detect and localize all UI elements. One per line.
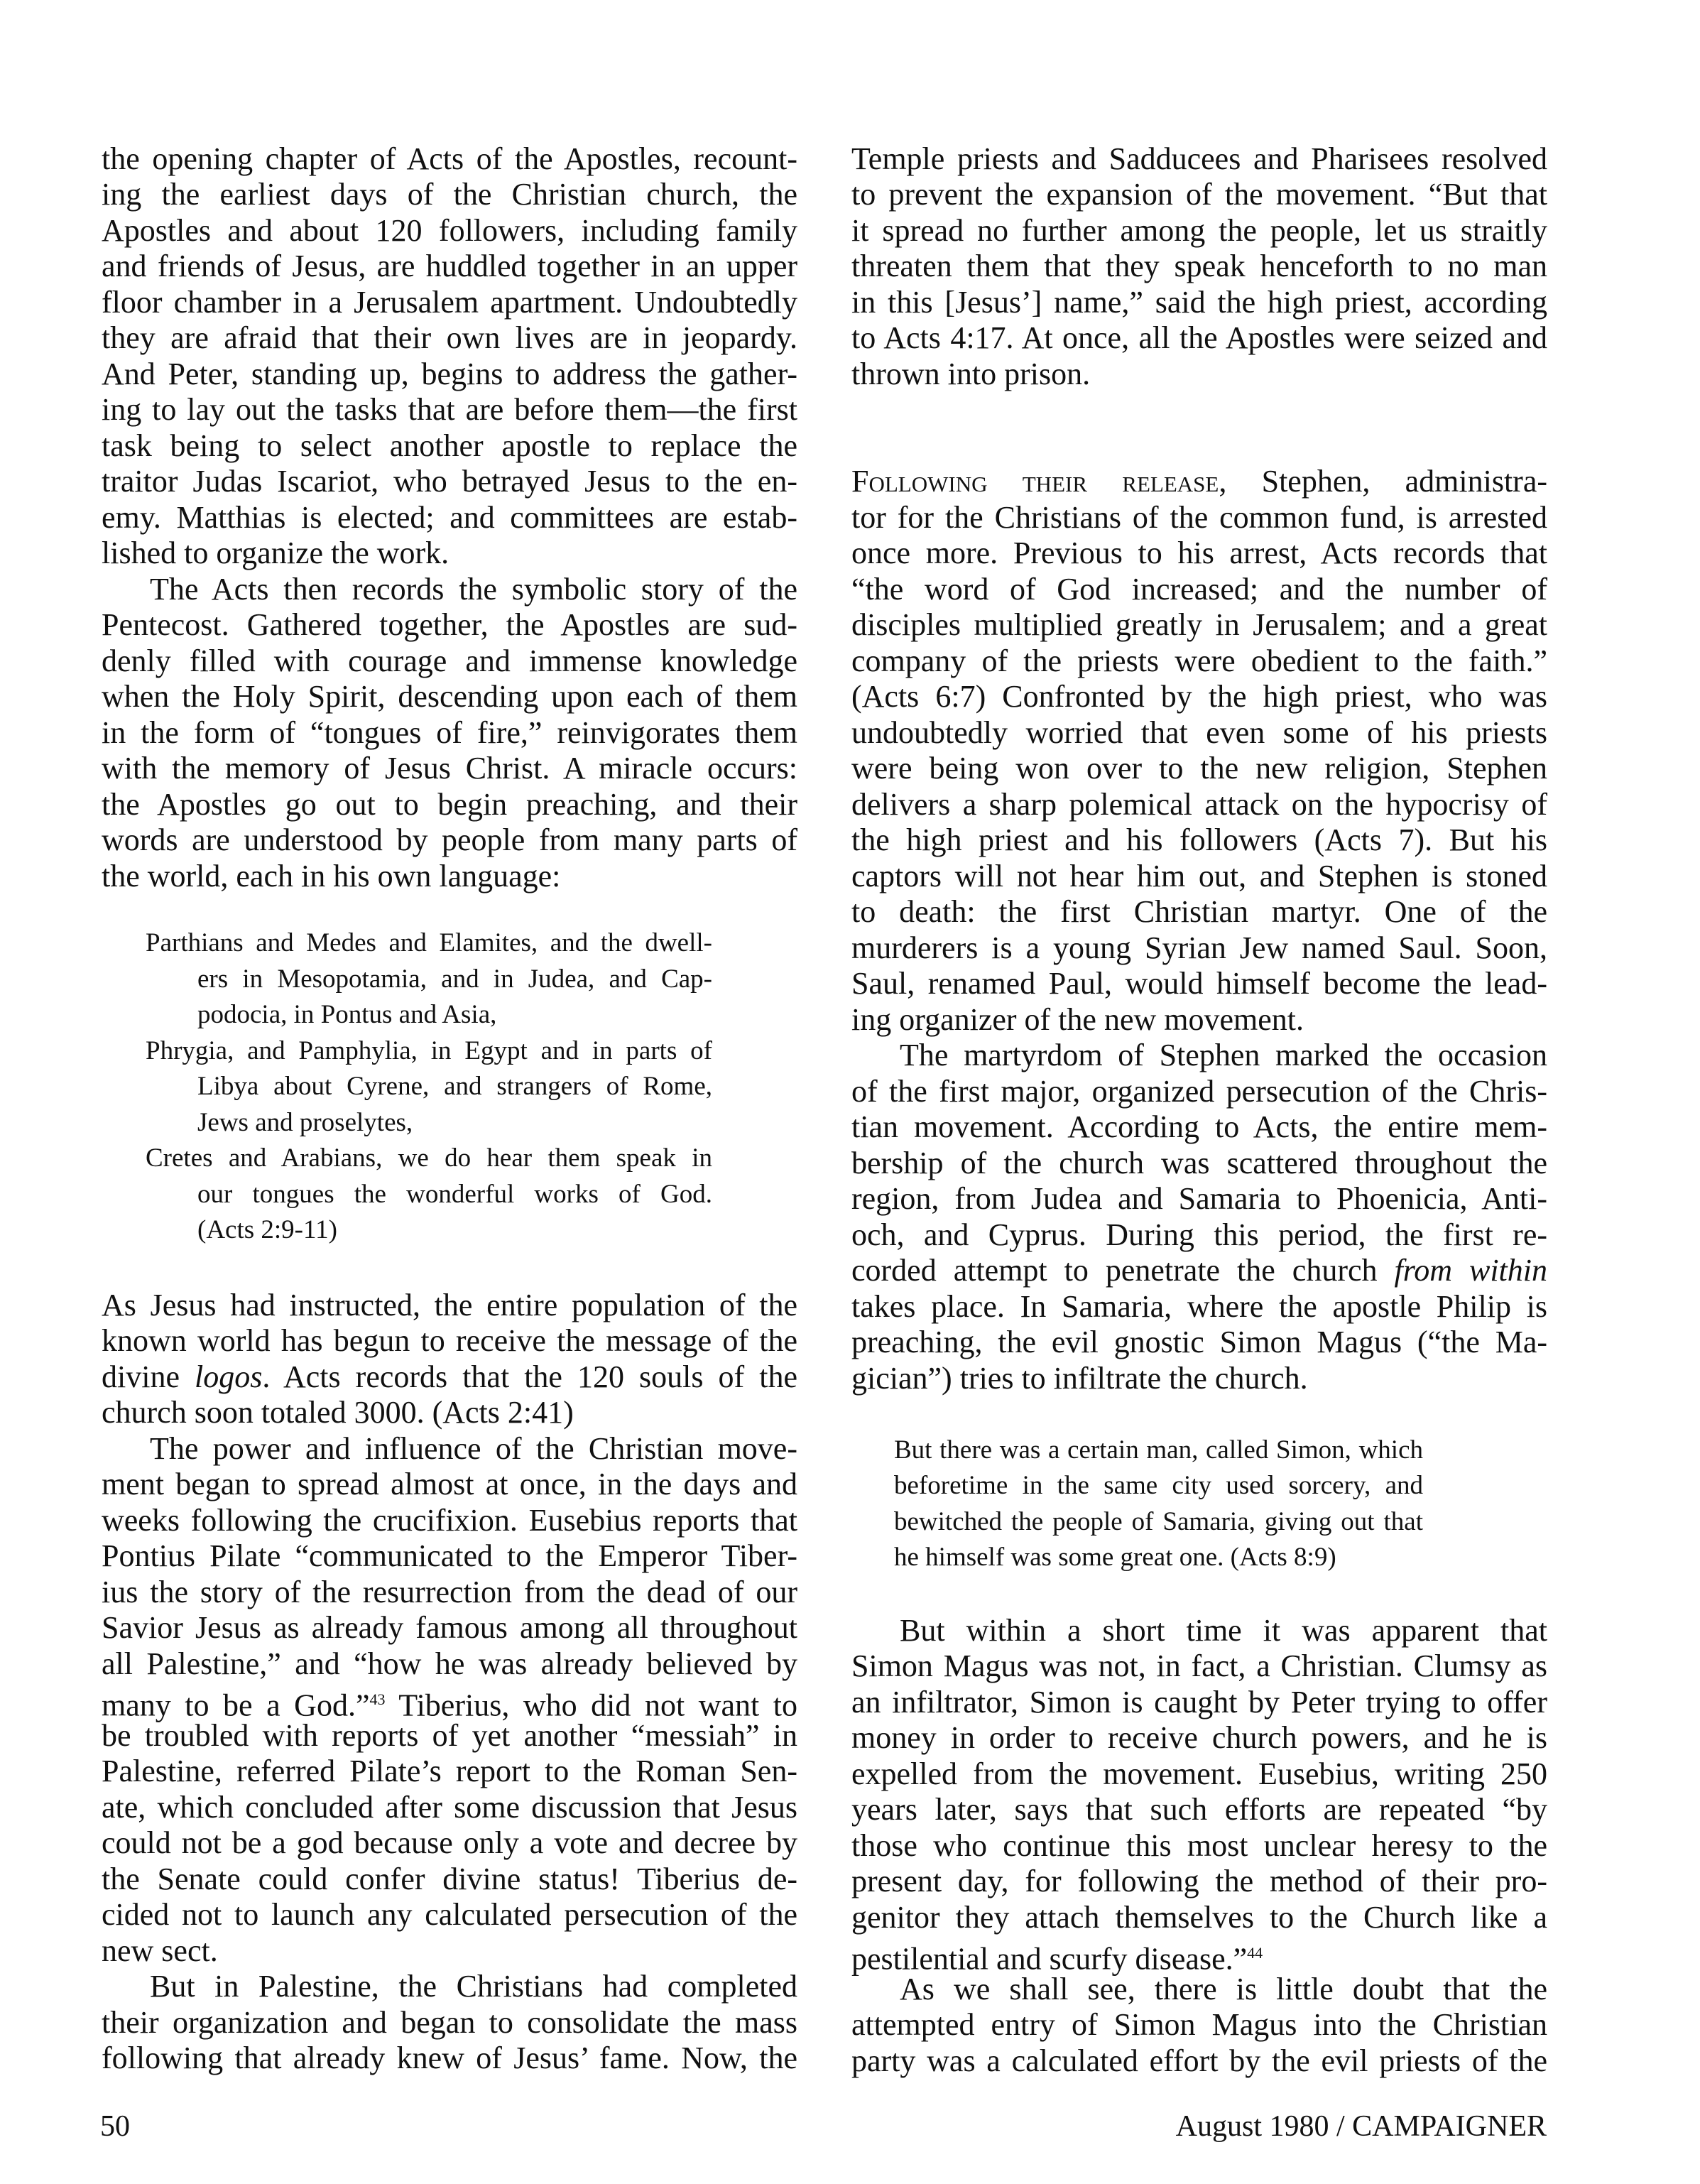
body-line: Apostles and about 120 followers, includ… [102,212,797,249]
line-text: Palestine, referred Pilate’s report to t… [102,1754,797,1788]
line-text: Jews and proselytes, [197,1108,413,1137]
line-text: Cretes and Arabians, we do hear them spe… [146,1143,712,1173]
block-quote-line: (Acts 2:9-11) [102,1212,712,1249]
body-line: ment began to spread almost at once, in … [102,1466,797,1503]
body-line: Savior Jesus as already famous among all… [102,1609,797,1646]
body-line: The Acts then records the symbolic story… [102,571,797,608]
line-text: Temple priests and Sadducees and Pharise… [851,141,1547,176]
line-text: But there was a certain man, called Simo… [894,1435,1423,1465]
body-line: their organization and began to consolid… [102,2004,797,2041]
body-line: murderers is a young Syrian Jew named Sa… [851,930,1547,967]
body-line: ing organizer of the new movement. [851,1001,1547,1038]
line-text: of the first major, organized persecutio… [851,1074,1547,1109]
line-text: traitor Judas Iscariot, who betrayed Jes… [102,464,797,499]
line-text: new sect. [102,1933,218,1968]
block-quote-line: beforetime in the same city used sorcery… [851,1467,1423,1504]
line-text: those who continue this most unclear her… [851,1828,1547,1863]
line-text: denly filled with courage and immense kn… [102,643,797,678]
body-line: delivers a sharp polemical attack on the… [851,786,1547,823]
italic-text: from within [1395,1253,1548,1288]
body-line: preaching, the evil gnostic Simon Magus … [851,1324,1547,1361]
line-text: to Acts 4:17. At once, all the Apostles … [851,320,1547,355]
line-text: words are understood by people from many… [102,822,797,857]
body-line: company of the priests were obedient to … [851,643,1547,680]
body-line: weeks following the crucifixion. Eusebiu… [102,1502,797,1539]
line-text: Pentecost. Gathered together, the Apostl… [102,607,797,642]
footnote-ref: 43 [370,1690,386,1708]
body-line: threaten them that they speak henceforth… [851,248,1547,285]
body-line: Temple priests and Sadducees and Pharise… [851,141,1547,178]
line-text: floor chamber in a Jerusalem apartment. … [102,285,797,320]
line-text: podocia, in Pontus and Asia, [197,1000,496,1029]
body-line: tor for the Christians of the common fun… [851,499,1547,536]
line-text: their organization and began to consolid… [102,2005,797,2040]
line-text: ius the story of the resurrection from t… [102,1575,797,1609]
body-line: Following their release, Stephen, admini… [851,463,1547,500]
line-text: ing the earliest days of the Christian c… [102,177,797,212]
body-line: gician”) tries to infiltrate the church. [851,1360,1547,1397]
line-text: genitor they attach themselves to the Ch… [851,1900,1547,1935]
body-line: undoubtedly worried that even some of hi… [851,715,1547,751]
line-text: money in order to receive church powers,… [851,1720,1547,1755]
body-line: takes place. In Samaria, where the apost… [851,1288,1547,1325]
body-line: new sect. [102,1933,797,1970]
line-text: attempted entry of Simon Magus into the … [851,2007,1547,2042]
body-line: As Jesus had instructed, the entire popu… [102,1287,797,1324]
line-text: be troubled with reports of yet another … [102,1718,797,1753]
body-line: could not be a god because only a vote a… [102,1825,797,1862]
body-line: the world, each in his own language: [102,858,797,895]
body-line: party was a calculated effort by the evi… [851,2043,1547,2080]
block-quote-line: he himself was some great one. (Acts 8:9… [851,1539,1423,1576]
body-line: and friends of Jesus, are huddled togeth… [102,248,797,285]
block-quote-line: Phrygia, and Pamphylia, in Egypt and in … [102,1033,712,1070]
line-text: the high priest and his followers (Acts … [851,822,1547,857]
body-line: an infiltrator, Simon is caught by Peter… [851,1684,1547,1721]
line-text: beforetime in the same city used sorcery… [894,1471,1423,1500]
line-text: ers in Mesopotamia, and in Judea, and Ca… [197,965,712,994]
body-line: ius the story of the resurrection from t… [102,1574,797,1611]
body-line: region, from Judea and Samaria to Phoeni… [851,1180,1547,1217]
line-text: bewitched the people of Samaria, giving … [894,1507,1423,1536]
line-text: cided not to launch any calculated perse… [102,1897,797,1932]
block-quote-line: But there was a certain man, called Simo… [851,1432,1423,1469]
body-line: ate, which concluded after some discussi… [102,1789,797,1826]
body-line: emy. Matthias is elected; and committees… [102,499,797,536]
line-text: the opening chapter of Acts of the Apost… [102,141,797,176]
line-text: (Acts 6:7) Confronted by the high priest… [851,679,1547,714]
line-text: takes place. In Samaria, where the apost… [851,1289,1547,1324]
line-text: emy. Matthias is elected; and committees… [102,500,797,535]
body-line: genitor they attach themselves to the Ch… [851,1899,1547,1936]
body-line: traitor Judas Iscariot, who betrayed Jes… [102,463,797,500]
body-line: when the Holy Spirit, descending upon ea… [102,678,797,715]
line-text: he himself was some great one. (Acts 8:9… [894,1543,1336,1572]
body-line: the Apostles go out to begin preaching, … [102,786,797,823]
line-text: threaten them that they speak henceforth… [851,249,1547,283]
body-line: task being to select another apostle to … [102,428,797,464]
body-line: As we shall see, there is little doubt t… [851,1971,1547,2008]
line-text: and friends of Jesus, are huddled togeth… [102,249,797,283]
body-line: were being won over to the new religion,… [851,750,1547,787]
line-text: party was a calculated effort by the evi… [851,2043,1547,2078]
line-text: ing organizer of the new movement. [851,1002,1304,1037]
line-text: , Stephen, administra- [1219,464,1547,499]
line-text: the Apostles go out to begin preaching, … [102,787,797,822]
line-text: once more. Previous to his arrest, Acts … [851,536,1547,570]
line-text: with the memory of Jesus Christ. A mirac… [102,751,797,786]
page-number: 50 [100,2108,130,2145]
line-text: As Jesus had instructed, the entire popu… [102,1288,797,1322]
body-line: in this [Jesus’] name,” said the high pr… [851,284,1547,321]
line-text: it spread no further among the people, l… [851,213,1547,248]
line-text: gician”) tries to infiltrate the church. [851,1361,1308,1396]
body-line: many to be a God.”43 Tiberius, who did n… [102,1681,797,1718]
body-line: be troubled with reports of yet another … [102,1717,797,1754]
line-text: lished to organize the work. [102,536,449,570]
body-line: present day, for following the method of… [851,1863,1547,1900]
line-text: an infiltrator, Simon is caught by Peter… [851,1685,1547,1720]
body-line: once more. Previous to his arrest, Acts … [851,535,1547,572]
footnote-ref: 44 [1247,1944,1263,1962]
line-text: could not be a god because only a vote a… [102,1825,797,1860]
line-text: corded attempt to penetrate the church [851,1253,1395,1288]
body-line: denly filled with courage and immense kn… [102,643,797,680]
body-line: ing the earliest days of the Christian c… [102,176,797,213]
body-line: cided not to launch any calculated perse… [102,1896,797,1933]
body-line: captors will not hear him out, and Steph… [851,858,1547,895]
body-line: bership of the church was scattered thro… [851,1145,1547,1182]
line-text: captors will not hear him out, and Steph… [851,859,1547,893]
line-text: Phrygia, and Pamphylia, in Egypt and in … [146,1036,712,1065]
body-line: to Acts 4:17. At once, all the Apostles … [851,320,1547,357]
line-text: our tongues the wonderful works of God. [197,1180,712,1209]
body-line: disciples multiplied greatly in Jerusale… [851,607,1547,643]
body-line: Saul, renamed Paul, would himself become… [851,965,1547,1002]
body-line: corded attempt to penetrate the church f… [851,1252,1547,1289]
body-line: thrown into prison. [851,356,1547,393]
line-text: But within a short time it was apparent … [900,1613,1547,1648]
body-line: But in Palestine, the Christians had com… [102,1968,797,2005]
line-text: region, from Judea and Samaria to Phoeni… [851,1181,1547,1216]
block-quote-line: Cretes and Arabians, we do hear them spe… [102,1140,712,1177]
line-text: expelled from the movement. Eusebius, wr… [851,1756,1547,1791]
line-text: in this [Jesus’] name,” said the high pr… [851,285,1547,320]
line-text: delivers a sharp polemical attack on the… [851,787,1547,822]
block-quote-line: our tongues the wonderful works of God. [102,1176,712,1213]
body-line: they are afraid that their own lives are… [102,320,797,357]
body-line: the opening chapter of Acts of the Apost… [102,141,797,178]
body-line: those who continue this most unclear her… [851,1827,1547,1864]
line-text: the Senate could confer divine status! T… [102,1862,797,1896]
block-quote-line: podocia, in Pontus and Asia, [102,996,712,1033]
body-line: floor chamber in a Jerusalem apartment. … [102,284,797,321]
line-text: company of the priests were obedient to … [851,643,1547,678]
line-text: . Acts records that the 120 souls of the [262,1359,797,1394]
line-text: murderers is a young Syrian Jew named Sa… [851,930,1547,965]
line-text: tian movement. According to Acts, the en… [851,1109,1547,1144]
body-line: ing to lay out the tasks that are before… [102,391,797,428]
body-line: divine logos. Acts records that the 120 … [102,1359,797,1396]
running-footer: August 1980 / CAMPAIGNER [1176,2108,1547,2145]
body-line: words are understood by people from many… [102,822,797,859]
block-quote-line: Parthians and Medes and Elamites, and th… [102,925,712,962]
body-line: Pentecost. Gathered together, the Apostl… [102,607,797,643]
body-line: expelled from the movement. Eusebius, wr… [851,1756,1547,1793]
line-text: “the word of God increased; and the numb… [851,572,1547,607]
line-text: tor for the Christians of the common fun… [851,500,1547,535]
body-line: it spread no further among the people, l… [851,212,1547,249]
line-text: when the Holy Spirit, descending upon ea… [102,679,797,714]
body-line: of the first major, organized persecutio… [851,1073,1547,1110]
line-text: The martyrdom of Stephen marked the occa… [900,1038,1547,1072]
body-line: Palestine, referred Pilate’s report to t… [102,1753,797,1790]
line-text: all Palestine,” and “how he was already … [102,1646,797,1681]
body-line: following that already knew of Jesus’ fa… [102,2040,797,2077]
body-line: But within a short time it was apparent … [851,1612,1547,1649]
line-text: Savior Jesus as already famous among all… [102,1610,797,1645]
line-text: Parthians and Medes and Elamites, and th… [146,928,712,957]
line-text: following that already knew of Jesus’ fa… [102,2041,797,2075]
body-line: in the form of “tongues of fire,” reinvi… [102,715,797,751]
line-text: to prevent the expansion of the movement… [851,177,1547,212]
line-text: divine [102,1359,195,1394]
body-line: (Acts 6:7) Confronted by the high priest… [851,678,1547,715]
body-line: lished to organize the work. [102,535,797,572]
body-line: the high priest and his followers (Acts … [851,822,1547,859]
body-line: The martyrdom of Stephen marked the occa… [851,1037,1547,1074]
line-text: And Peter, standing up, begins to addres… [102,357,797,391]
line-text: were being won over to the new religion,… [851,751,1547,786]
body-line: And Peter, standing up, begins to addres… [102,356,797,393]
line-text: Apostles and about 120 followers, includ… [102,213,797,248]
line-text: Pontius Pilate “communicated to the Empe… [102,1538,797,1573]
body-line: years later, says that such efforts are … [851,1791,1547,1828]
line-text: they are afraid that their own lives are… [102,320,797,355]
line-text: bership of the church was scattered thro… [851,1146,1547,1180]
body-line: attempted entry of Simon Magus into the … [851,2006,1547,2043]
line-text: But in Palestine, the Christians had com… [150,1969,797,2004]
body-line: The power and influence of the Christian… [102,1430,797,1467]
line-text: disciples multiplied greatly in Jerusale… [851,607,1547,642]
body-line: Pontius Pilate “communicated to the Empe… [102,1538,797,1575]
line-text: ing to lay out the tasks that are before… [102,392,797,427]
line-text: The Acts then records the symbolic story… [150,572,797,607]
body-line: with the memory of Jesus Christ. A mirac… [102,750,797,787]
line-text: the world, each in his own language: [102,859,560,893]
body-line: to death: the first Christian martyr. On… [851,893,1547,930]
block-quote-line: ers in Mesopotamia, and in Judea, and Ca… [102,961,712,998]
line-text: Simon Magus was not, in fact, a Christia… [851,1648,1547,1683]
line-text: Libya about Cyrene, and strangers of Rom… [197,1072,712,1101]
italic-text: logos [195,1359,262,1394]
body-line: church soon totaled 3000. (Acts 2:41) [102,1394,797,1431]
body-line: known world has begun to receive the mes… [102,1322,797,1359]
line-text: Saul, renamed Paul, would himself become… [851,966,1547,1001]
body-line: “the word of God increased; and the numb… [851,571,1547,608]
line-text: church soon totaled 3000. (Acts 2:41) [102,1395,574,1430]
block-quote-line: bewitched the people of Samaria, giving … [851,1504,1423,1541]
line-text: The power and influence of the Christian… [150,1431,797,1466]
line-text: in the form of “tongues of fire,” reinvi… [102,715,797,750]
line-text: och, and Cyprus. During this period, the… [851,1217,1547,1252]
body-line: pestilential and scurfy disease.”44 [851,1935,1547,1972]
body-line: to prevent the expansion of the movement… [851,176,1547,213]
line-text: As we shall see, there is little doubt t… [900,1972,1547,2006]
block-quote-line: Jews and proselytes, [102,1104,712,1141]
line-text: task being to select another apostle to … [102,428,797,463]
body-line: money in order to receive church powers,… [851,1720,1547,1756]
body-line: Simon Magus was not, in fact, a Christia… [851,1648,1547,1685]
line-text: years later, says that such efforts are … [851,1792,1547,1827]
line-text: thrown into prison. [851,357,1090,391]
line-text: (Acts 2:9-11) [197,1215,337,1244]
line-text: ment began to spread almost at once, in … [102,1467,797,1501]
line-text: to death: the first Christian martyr. On… [851,894,1547,929]
line-text: preaching, the evil gnostic Simon Magus … [851,1325,1547,1359]
line-text: undoubtedly worried that even some of hi… [851,715,1547,750]
line-text: present day, for following the method of… [851,1864,1547,1898]
block-quote-line: Libya about Cyrene, and strangers of Rom… [102,1068,712,1105]
body-line: tian movement. According to Acts, the en… [851,1109,1547,1146]
line-text: known world has begun to receive the mes… [102,1323,797,1358]
line-text: ate, which concluded after some discussi… [102,1790,797,1825]
body-line: all Palestine,” and “how he was already … [102,1646,797,1683]
body-line: och, and Cyprus. During this period, the… [851,1217,1547,1254]
section-lead-in: Following their release [851,464,1219,499]
body-line: the Senate could confer divine status! T… [102,1861,797,1898]
line-text: weeks following the crucifixion. Eusebiu… [102,1503,797,1538]
